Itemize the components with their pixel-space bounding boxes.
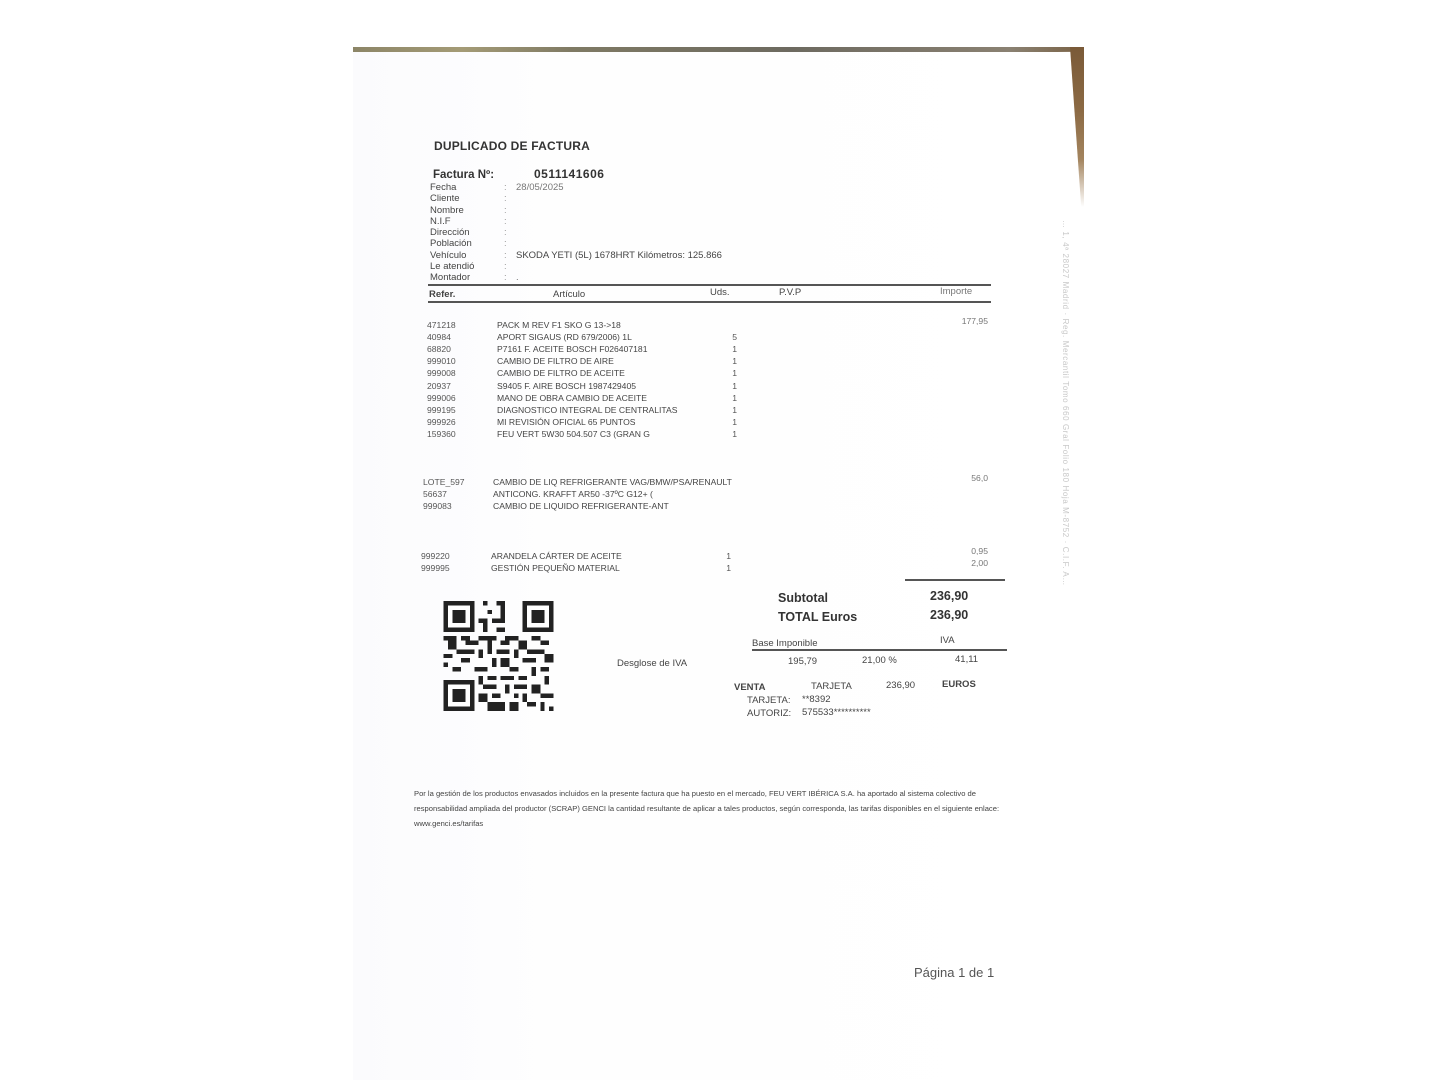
item-reference: 999926 <box>427 417 497 427</box>
item-quantity: 1 <box>725 368 737 378</box>
subtotal-label: Subtotal <box>778 591 828 605</box>
divider <box>905 579 1005 581</box>
header-field: N.I.F: <box>430 216 722 227</box>
header-field-label: Dirección <box>430 227 504 238</box>
item-description: MI REVISIÓN OFICIAL 65 PUNTOS <box>497 417 725 427</box>
table-row: 40984APORT SIGAUS (RD 679/2006) 1L5 <box>427 332 737 342</box>
header-field-label: Montador <box>430 272 504 283</box>
item-reference: 999010 <box>427 356 497 366</box>
header-field-label: Nombre <box>430 205 504 216</box>
item-description: CAMBIO DE LIQ REFRIGERANTE VAG/BMW/PSA/R… <box>493 477 823 487</box>
item-reference: 999195 <box>427 405 497 415</box>
auth-code: 575533********** <box>802 707 871 718</box>
header-field-separator: : <box>504 272 516 283</box>
group-amount: 177,95 <box>928 316 988 326</box>
column-header-amount: Importe <box>940 286 972 297</box>
header-field: Nombre: <box>430 205 722 216</box>
table-row: 20937S9405 F. AIRE BOSCH 19874294051 <box>427 381 737 391</box>
item-amount: 0,95 <box>928 546 988 556</box>
header-field: Montador:. <box>430 272 722 283</box>
divider <box>428 284 991 286</box>
item-description: MANO DE OBRA CAMBIO DE ACEITE <box>497 393 725 403</box>
item-description: CAMBIO DE LIQUIDO REFRIGERANTE-ANT <box>493 501 823 511</box>
header-field: Población: <box>430 238 722 249</box>
payment-amount: 236,90 <box>886 680 915 691</box>
item-reference: 999083 <box>423 501 493 511</box>
header-field: Le atendió: <box>430 261 722 272</box>
item-reference: 999008 <box>427 368 497 378</box>
payment-currency: EUROS <box>942 679 976 690</box>
item-description: ARANDELA CÁRTER DE ACEITE <box>491 551 719 561</box>
header-field-separator: : <box>504 182 516 193</box>
item-reference: 999995 <box>421 563 491 573</box>
item-description: PACK M REV F1 SKO G 13->18 <box>497 320 725 330</box>
header-field-value: 28/05/2025 <box>516 182 564 193</box>
item-quantity <box>823 501 835 511</box>
item-reference: LOTE_597 <box>423 477 493 487</box>
item-description: FEU VERT 5W30 504.507 C3 (GRAN G <box>497 429 725 439</box>
header-field-label: Cliente <box>430 193 504 204</box>
document-title: DUPLICADO DE FACTURA <box>434 139 590 153</box>
header-field-separator: : <box>504 261 516 272</box>
header-field-value: SKODA YETI (5L) 1678HRT Kilómetros: 125.… <box>516 250 722 261</box>
auth-label: AUTORIZ: <box>747 708 791 719</box>
header-field-separator: : <box>504 216 516 227</box>
card-label: TARJETA: <box>747 695 790 706</box>
item-reference: 999220 <box>421 551 491 561</box>
item-quantity: 1 <box>719 563 731 573</box>
column-header-ref: Refer. <box>429 289 455 300</box>
item-reference: 471218 <box>427 320 497 330</box>
item-quantity: 1 <box>725 381 737 391</box>
item-quantity <box>725 320 737 330</box>
header-field-label: Vehículo <box>430 250 504 261</box>
item-reference: 40984 <box>427 332 497 342</box>
vat-base-label: Base Imponible <box>752 638 817 649</box>
item-description: DIAGNOSTICO INTEGRAL DE CENTRALITAS <box>497 405 725 415</box>
header-field-label: Fecha <box>430 182 504 193</box>
divider <box>428 301 991 303</box>
total-label: TOTAL Euros <box>778 610 857 624</box>
divider <box>752 649 1007 651</box>
item-description: GESTIÓN PEQUEÑO MATERIAL <box>491 563 719 573</box>
item-reference: 999006 <box>427 393 497 403</box>
item-description: APORT SIGAUS (RD 679/2006) 1L <box>497 332 725 342</box>
page-number: Página 1 de 1 <box>914 965 994 980</box>
column-header-pvp: P.V.P <box>779 287 801 298</box>
vat-label: IVA <box>940 635 955 646</box>
item-description: P7161 F. ACEITE BOSCH F026407181 <box>497 344 725 354</box>
item-quantity <box>823 477 835 487</box>
table-row: 999008CAMBIO DE FILTRO DE ACEITE1 <box>427 368 737 378</box>
item-quantity <box>823 489 835 499</box>
total-value: 236,90 <box>930 608 968 622</box>
table-row: 999010CAMBIO DE FILTRO DE AIRE1 <box>427 356 737 366</box>
item-quantity: 1 <box>725 344 737 354</box>
vat-breakdown-label: Desglose de IVA <box>617 658 687 669</box>
item-description: S9405 F. AIRE BOSCH 1987429405 <box>497 381 725 391</box>
vat-rate: 21,00 % <box>862 655 897 666</box>
header-field-separator: : <box>504 238 516 249</box>
table-row: 471218PACK M REV F1 SKO G 13->18 <box>427 320 737 330</box>
header-field-label: Población <box>430 238 504 249</box>
payment-type: VENTA <box>734 682 766 693</box>
table-row: 999995GESTIÓN PEQUEÑO MATERIAL1 <box>421 563 731 573</box>
header-field-label: N.I.F <box>430 216 504 227</box>
item-quantity: 1 <box>725 429 737 439</box>
legal-notice: Por la gestión de los productos envasado… <box>414 786 1014 831</box>
table-row: 999006MANO DE OBRA CAMBIO DE ACEITE1 <box>427 393 737 403</box>
header-field-separator: : <box>504 193 516 204</box>
invoice-number: 0511141606 <box>534 167 604 181</box>
item-quantity: 1 <box>725 405 737 415</box>
table-row: 999926MI REVISIÓN OFICIAL 65 PUNTOS1 <box>427 417 737 427</box>
qr-code-icon <box>442 601 555 711</box>
header-field: Cliente: <box>430 193 722 204</box>
invoice-number-label: Factura Nº: <box>433 169 494 181</box>
item-quantity: 1 <box>725 356 737 366</box>
column-header-article: Artículo <box>553 289 585 300</box>
table-row: LOTE_597CAMBIO DE LIQ REFRIGERANTE VAG/B… <box>423 477 835 487</box>
table-row: 999083CAMBIO DE LIQUIDO REFRIGERANTE-ANT <box>423 501 835 511</box>
item-description: CAMBIO DE FILTRO DE AIRE <box>497 356 725 366</box>
item-quantity: 1 <box>725 417 737 427</box>
item-amount: 2,00 <box>928 558 988 568</box>
item-reference: 20937 <box>427 381 497 391</box>
vat-base-value: 195,79 <box>788 656 817 667</box>
table-row: 68820P7161 F. ACEITE BOSCH F0264071811 <box>427 344 737 354</box>
item-quantity: 1 <box>725 393 737 403</box>
payment-method: TARJETA <box>811 681 852 692</box>
company-registry-text: … 1, 4ª 28027 Madrid · Reg. Mercantil To… <box>1061 220 1070 586</box>
table-row: 999220ARANDELA CÁRTER DE ACEITE1 <box>421 551 731 561</box>
vat-amount: 41,11 <box>955 654 978 665</box>
group-amount: 56,0 <box>928 473 988 483</box>
header-fields: Fecha:28/05/2025Cliente:Nombre:N.I.F:Dir… <box>430 182 722 284</box>
header-field-label: Le atendió <box>430 261 504 272</box>
header-field: Fecha:28/05/2025 <box>430 182 722 193</box>
subtotal-value: 236,90 <box>930 589 968 603</box>
item-quantity: 1 <box>719 551 731 561</box>
header-field-separator: : <box>504 227 516 238</box>
column-header-qty: Uds. <box>710 287 730 298</box>
header-field-separator: : <box>504 205 516 216</box>
table-row: 56637ANTICONG. KRAFFT AR50 -37ºC G12+ ( <box>423 489 835 499</box>
card-number: **8392 <box>802 694 831 705</box>
item-quantity: 5 <box>725 332 737 342</box>
item-reference: 56637 <box>423 489 493 499</box>
header-field-value: . <box>516 272 519 283</box>
item-description: CAMBIO DE FILTRO DE ACEITE <box>497 368 725 378</box>
item-description: ANTICONG. KRAFFT AR50 -37ºC G12+ ( <box>493 489 823 499</box>
table-row: 159360FEU VERT 5W30 504.507 C3 (GRAN G1 <box>427 429 737 439</box>
header-field-separator: : <box>504 250 516 261</box>
item-reference: 68820 <box>427 344 497 354</box>
header-field: Vehículo:SKODA YETI (5L) 1678HRT Kilómet… <box>430 250 722 261</box>
header-field: Dirección: <box>430 227 722 238</box>
table-row: 999195DIAGNOSTICO INTEGRAL DE CENTRALITA… <box>427 405 737 415</box>
item-reference: 159360 <box>427 429 497 439</box>
